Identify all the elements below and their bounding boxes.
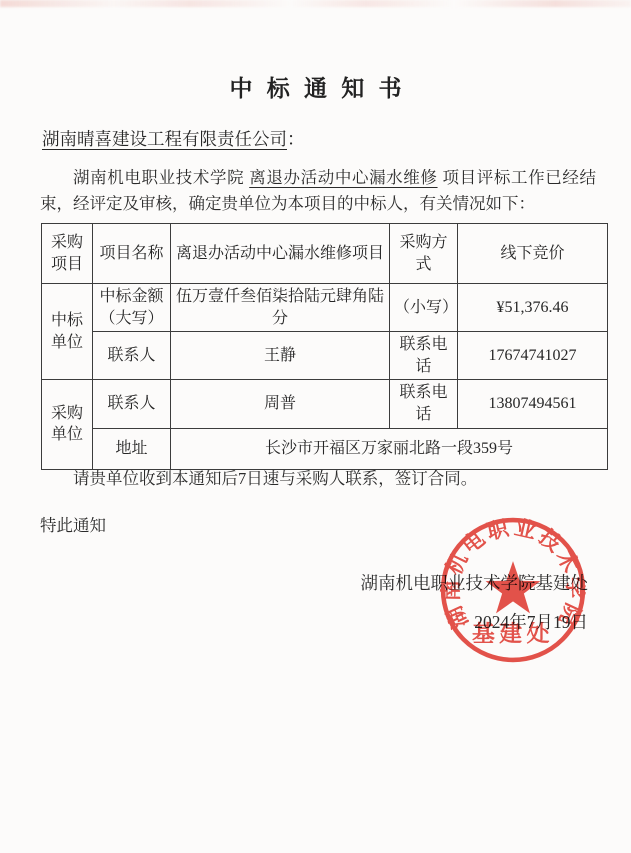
- cell-winner-contact-label: 联系人: [93, 332, 171, 380]
- signature-date: 2024年7月19日: [361, 609, 589, 634]
- cell-project-name-label: 项目名称: [93, 224, 171, 284]
- addressee-line: 湖南晴喜建设工程有限责任公司：: [42, 126, 305, 151]
- cell-address-label: 地址: [93, 428, 171, 469]
- intro-paragraph: 湖南机电职业技术学院离退办活动中心漏水维修项目评标工作已经结束，经评定及审核，确…: [40, 165, 596, 217]
- cell-winner-phone-value: 17674741027: [458, 332, 608, 380]
- cell-purchaser-phone-label: 联系电话: [390, 380, 458, 428]
- signature-organization: 湖南机电职业技术学院基建处: [361, 570, 589, 595]
- closing-paragraph: 请贵单位收到本通知后7日速与采购人联系，签订合同。: [40, 466, 596, 492]
- cell-winner-contact-name: 王静: [171, 332, 390, 380]
- cell-amount-figures-label: （小写）: [390, 284, 458, 332]
- cell-purchaser-group-label: 采购单位: [42, 380, 93, 469]
- signature-block: 湖南机电职业技术学院基建处 2024年7月19日: [361, 570, 589, 634]
- intro-prefix: 湖南机电职业技术学院: [73, 168, 244, 187]
- cell-winner-group-label: 中标单位: [42, 284, 93, 380]
- cell-project-name-value: 离退办活动中心漏水维修项目: [171, 224, 390, 284]
- document-title: 中标通知书: [0, 70, 631, 103]
- project-name-underlined: 离退办活动中心漏水维修: [244, 168, 442, 187]
- table-row-winner-contact: 联系人 王静 联系电话 17674741027: [42, 332, 608, 380]
- cell-address-value: 长沙市开福区万家丽北路一段359号: [171, 428, 608, 469]
- cell-procurement-project-label: 采购项目: [42, 224, 93, 284]
- cell-amount-figures-value: ¥51,376.46: [458, 284, 608, 332]
- cell-purchaser-phone-value: 13807494561: [458, 380, 608, 428]
- cell-amount-words-label: 中标金额（大写）: [93, 284, 171, 332]
- cell-purchaser-contact-name: 周普: [171, 380, 390, 428]
- table-row-project: 采购项目 项目名称 离退办活动中心漏水维修项目 采购方式 线下竞价: [42, 224, 608, 284]
- table-row-purchaser-contact: 采购单位 联系人 周普 联系电话 13807494561: [42, 380, 608, 428]
- table-row-address: 地址 长沙市开福区万家丽北路一段359号: [42, 428, 608, 469]
- scan-artifact-strip: [0, 0, 631, 7]
- bid-info-table: 采购项目 项目名称 离退办活动中心漏水维修项目 采购方式 线下竞价 中标单位 中…: [41, 223, 608, 470]
- cell-procurement-method-value: 线下竞价: [458, 224, 608, 284]
- addressee-company: 湖南晴喜建设工程有限责任公司: [42, 129, 287, 149]
- table-row-amount: 中标单位 中标金额（大写） 伍万壹仟叁佰柒拾陆元肆角陆分 （小写） ¥51,37…: [42, 284, 608, 332]
- addressee-colon: ：: [287, 129, 305, 149]
- scanned-document-page: 中标通知书 湖南晴喜建设工程有限责任公司： 湖南机电职业技术学院离退办活动中心漏…: [0, 0, 631, 853]
- cell-procurement-method-label: 采购方式: [390, 224, 458, 284]
- cell-winner-phone-label: 联系电话: [390, 332, 458, 380]
- cell-purchaser-contact-label: 联系人: [93, 380, 171, 428]
- hereby-notice-text: 特此通知: [40, 512, 106, 536]
- cell-amount-words-value: 伍万壹仟叁佰柒拾陆元肆角陆分: [171, 284, 390, 332]
